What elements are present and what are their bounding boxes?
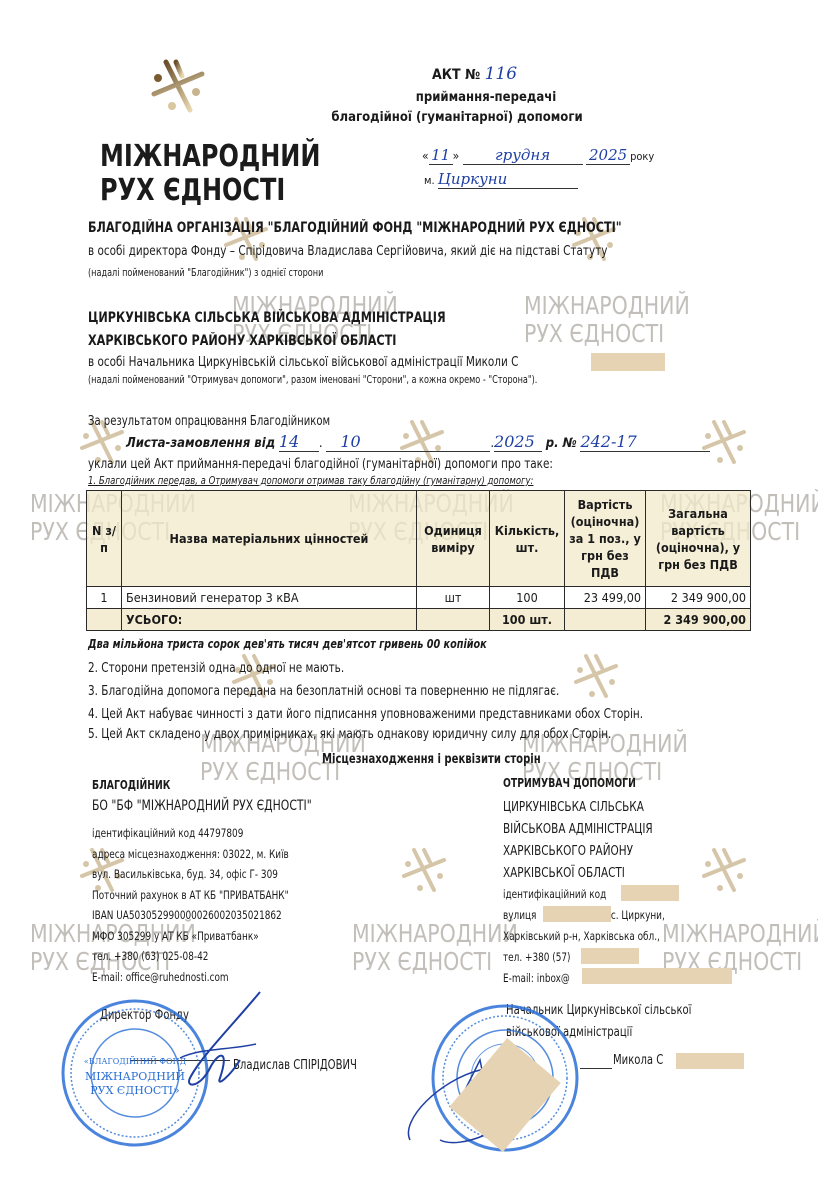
redaction-box: [676, 1053, 744, 1069]
basis-statement: уклали цей Акт приймання-передачі благод…: [88, 456, 553, 472]
act-subtitle: приймання-передачі: [0, 90, 818, 105]
watermark: МІЖНАРОДНИЙРУХ ЄДНОСТІ: [352, 920, 518, 976]
sum-in-words: Два мільйона триста сорок дев'ять тисяч …: [88, 636, 487, 651]
requisites-title: Місцезнаходження і реквізити сторін: [322, 752, 541, 767]
total-qty: 100 шт.: [490, 609, 565, 631]
logo-watermark-icon: [400, 846, 448, 894]
watermark: МІЖНАРОДНИЙРУХ ЄДНОСТІ: [524, 292, 690, 348]
act-city: м. Циркуни: [424, 170, 578, 189]
clause-3: 3. Благодійна допомога передана на безоп…: [88, 683, 559, 699]
col-header-total: Загальна вартість (оціночна), у грн без …: [646, 491, 751, 587]
donor-signature: [160, 988, 270, 1098]
col-header-no: N з/п: [87, 491, 122, 587]
act-date: «11» грудня 2025року: [422, 146, 654, 165]
donor-name: БО "БФ "МІЖНАРОДНИЙ РУХ ЄДНОСТІ": [92, 798, 312, 814]
recipient-org-name-2: ХАРКІВСЬКОГО РАЙОНУ ХАРКІВСЬКОЇ ОБЛАСТІ: [88, 333, 396, 349]
table-row: 1 Бензиновий генератор 3 кВА шт 100 23 4…: [87, 587, 751, 609]
clause-2: 2. Сторони претензій одна до одної не ма…: [88, 660, 344, 676]
cell-total: 2 349 900,00: [646, 587, 751, 609]
logo-watermark-icon: [572, 652, 620, 700]
donor-designation: (надалі пойменований "Благодійник") з од…: [88, 267, 323, 279]
letter-reference: Листа-замовлення від 14. 10.2025 р. № 24…: [126, 432, 710, 452]
col-header-unit: Одиниця виміру: [417, 491, 490, 587]
cell-unit: шт: [417, 587, 490, 609]
col-header-name: Назва матеріальних цінностей: [122, 491, 417, 587]
donor-org-name: БЛАГОДІЙНА ОРГАНІЗАЦІЯ "БЛАГОДІЙНИЙ ФОНД…: [88, 220, 622, 236]
recipient-representative: в особі Начальника Циркунівській сільськ…: [88, 354, 518, 370]
logo-text: МІЖНАРОДНИЙ РУХ ЄДНОСТІ: [100, 140, 320, 208]
act-subtitle-2: благодійної (гуманітарної) допомоги: [0, 110, 818, 125]
recipient-designation: (надалі пойменований "Отримувач допомоги…: [88, 374, 537, 386]
clause-4: 4. Цей Акт набуває чинності з дати його …: [88, 706, 643, 722]
col-header-price: Вартість (оціночна) за 1 поз., у грн без…: [565, 491, 646, 587]
cell-price: 23 499,00: [565, 587, 646, 609]
redaction-box: [543, 906, 611, 922]
donor-details: ідентифікаційний код 44797809 адреса міс…: [92, 823, 289, 987]
recipient-signature-line: [580, 1068, 612, 1069]
cell-name: Бензиновий генератор 3 кВА: [122, 587, 417, 609]
redaction-box: [581, 948, 639, 964]
recipient-signer-name: Микола С: [613, 1053, 663, 1068]
logo-icon: [148, 58, 208, 114]
goods-table: N з/п Назва матеріальних цінностей Одини…: [86, 490, 751, 631]
table-total-row: УСЬОГО: 100 шт. 2 349 900,00: [87, 609, 751, 631]
total-sum: 2 349 900,00: [646, 609, 751, 631]
redaction-box: [621, 885, 679, 901]
cell-qty: 100: [490, 587, 565, 609]
redaction-box: [591, 353, 665, 371]
redaction-box: [582, 968, 732, 984]
act-title: АКТ № 116: [432, 64, 517, 84]
cell-no: 1: [87, 587, 122, 609]
logo-watermark-icon: [700, 846, 748, 894]
basis-intro: За результатом опрацювання Благодійником: [88, 414, 330, 429]
recipient-heading: ОТРИМУВАЧ ДОПОМОГИ: [503, 776, 636, 790]
total-label: УСЬОГО:: [122, 609, 417, 631]
recipient-org-name: ЦИРКУНІВСЬКА СІЛЬСЬКА ВІЙСЬКОВА АДМІНІСТ…: [88, 310, 446, 326]
clause-1: 1. Благодійник передав, а Отримувач допо…: [88, 474, 533, 487]
act-number: 116: [485, 64, 517, 84]
recipient-name: ЦИРКУНІВСЬКА СІЛЬСЬКА ВІЙСЬКОВА АДМІНІСТ…: [503, 796, 653, 884]
col-header-qty: Кількість, шт.: [490, 491, 565, 587]
donor-heading: БЛАГОДІЙНИК: [92, 778, 170, 792]
donor-representative: в особі директора Фонду – Спірідовича Вл…: [88, 243, 607, 259]
clause-5: 5. Цей Акт складено у двох примірниках, …: [88, 726, 611, 742]
